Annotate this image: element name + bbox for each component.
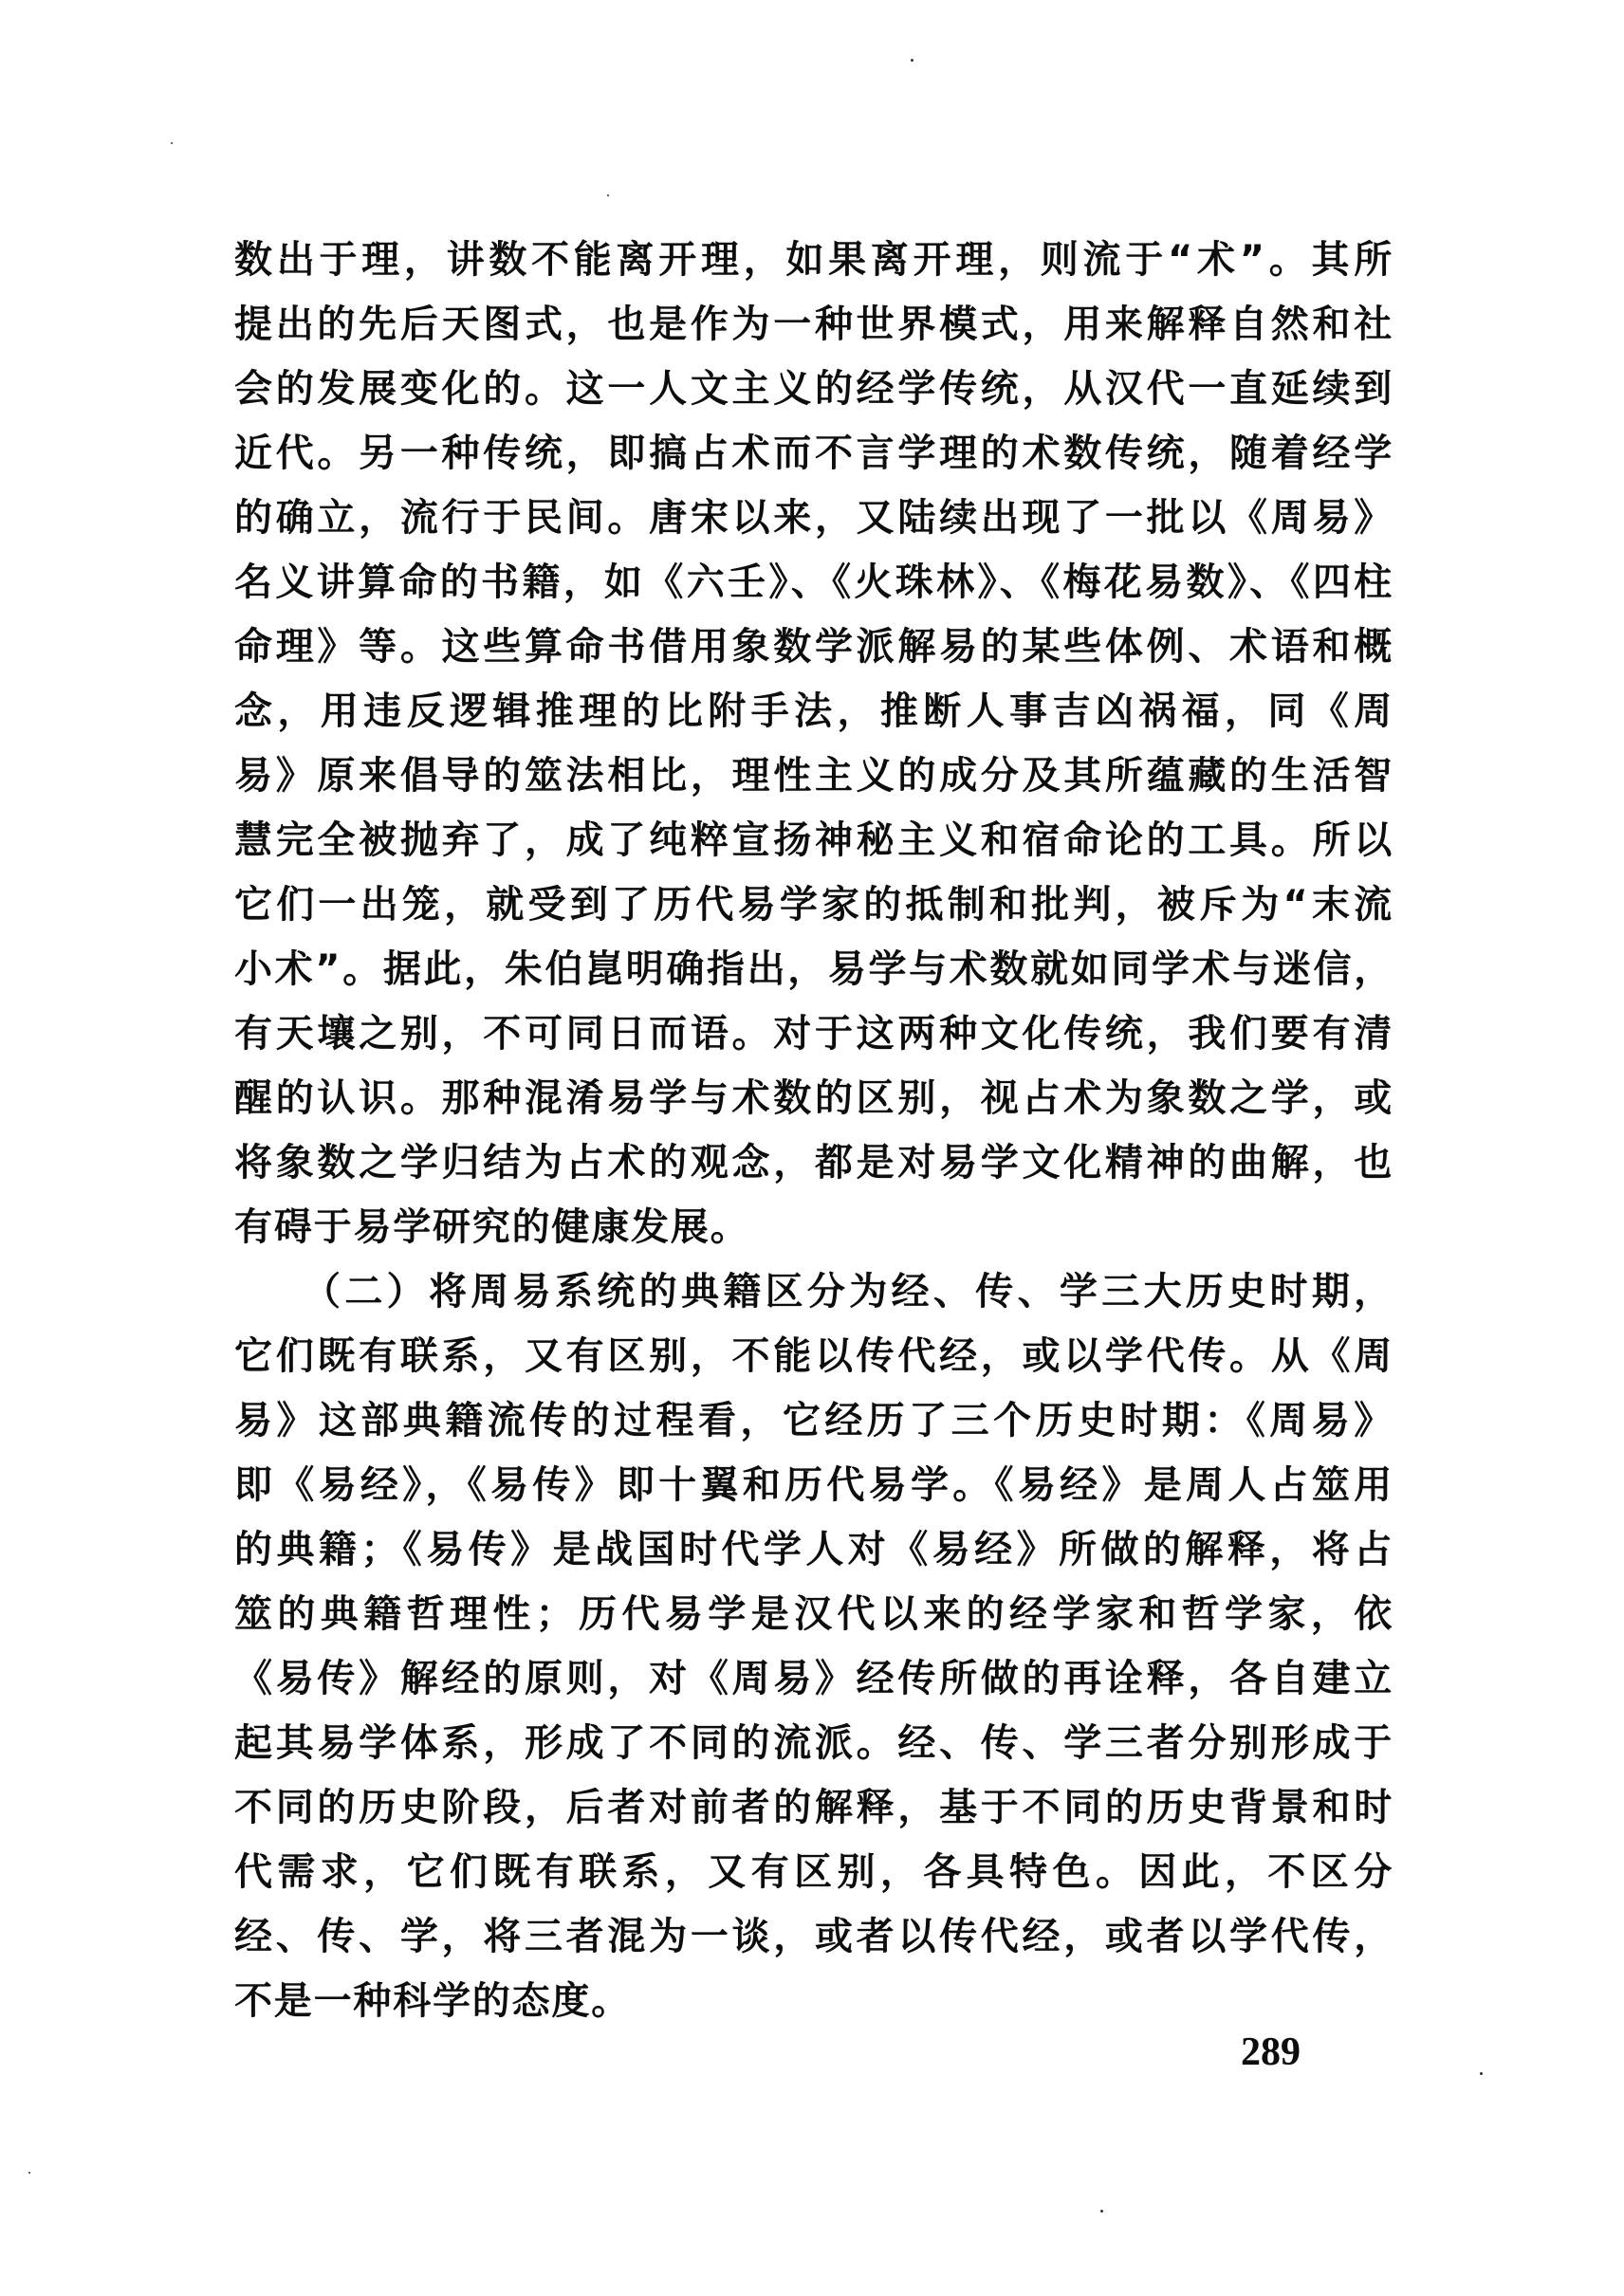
text-line: （二）将周易系统的典籍区分为经、传、学三大历史时期， [234, 1259, 1393, 1324]
text-line: 念，用违反逻辑推理的比附手法，推断人事吉凶祸福，同《周 [234, 679, 1393, 744]
text-line: 筮的典籍哲理性；历代易学是汉代以来的经学家和哲学家，依 [234, 1582, 1393, 1646]
text-line: 有碍于易学研究的健康发展。 [234, 1195, 1393, 1259]
text-line: 提出的先后天图式，也是作为一种世界模式，用来解释自然和社 [234, 292, 1393, 357]
book-page: 数出于理，讲数不能离开理，如果离开理，则流于“术”。其所 提出的先后天图式，也是… [0, 0, 1624, 2296]
scan-speck [607, 194, 609, 196]
paragraph-2: （二）将周易系统的典籍区分为经、传、学三大历史时期， 它们既有联系，又有区别，不… [234, 1259, 1393, 2033]
paragraph-1: 数出于理，讲数不能离开理，如果离开理，则流于“术”。其所 提出的先后天图式，也是… [234, 228, 1393, 1259]
body-text: 数出于理，讲数不能离开理，如果离开理，则流于“术”。其所 提出的先后天图式，也是… [234, 228, 1393, 2033]
text-line: 它们一出笼，就受到了历代易学家的抵制和批判，被斥为“末流 [234, 872, 1393, 937]
text-line: 经、传、学，将三者混为一谈，或者以传代经，或者以学代传， [234, 1904, 1393, 1969]
text-line: 不同的历史阶段，后者对前者的解释，基于不同的历史背景和时 [234, 1775, 1393, 1840]
text-line: 代需求，它们既有联系，又有区别，各具特色。因此，不区分 [234, 1840, 1393, 1904]
text-line: 慧完全被抛弃了，成了纯粹宣扬神秘主义和宿命论的工具。所以 [234, 808, 1393, 872]
text-line: 《易传》解经的原则，对《周易》经传所做的再诠释，各自建立 [234, 1646, 1393, 1711]
text-line: 的典籍；《易传》是战国时代学人对《易经》所做的解释，将占 [234, 1517, 1393, 1582]
scan-speck [911, 59, 913, 62]
text-line: 数出于理，讲数不能离开理，如果离开理，则流于“术”。其所 [234, 228, 1393, 292]
text-line: 易》这部典籍流传的过程看，它经历了三个历史时期：《周易》 [234, 1388, 1393, 1453]
text-line: 有天壤之别，不可同日而语。对于这两种文化传统，我们要有清 [234, 1001, 1393, 1066]
text-line: 易》原来倡导的筮法相比，理性主义的成分及其所蕴藏的生活智 [234, 744, 1393, 808]
text-line: 近代。另一种传统，即搞占术而不言学理的术数传统，随着经学 [234, 421, 1393, 486]
text-line: 不是一种科学的态度。 [234, 1969, 1393, 2033]
scan-speck [1480, 2072, 1483, 2075]
text-line: 起其易学体系，形成了不同的流派。经、传、学三者分别形成于 [234, 1711, 1393, 1775]
text-line: 将象数之学归结为占术的观念，都是对易学文化精神的曲解，也 [234, 1130, 1393, 1195]
scan-speck [1100, 2210, 1103, 2213]
scan-speck [171, 142, 173, 144]
text-line: 它们既有联系，又有区别，不能以传代经，或以学代传。从《周 [234, 1324, 1393, 1388]
text-line: 名义讲算命的书籍，如《六壬》、《火珠林》、《梅花易数》、《四柱 [234, 550, 1393, 615]
text-line: 醒的认识。那种混淆易学与术数的区别，视占术为象数之学，或 [234, 1066, 1393, 1130]
page-number: 289 [1241, 2030, 1301, 2075]
text-line: 的确立，流行于民间。唐宋以来，又陆续出现了一批以《周易》 [234, 486, 1393, 550]
text-line: 会的发展变化的。这一人文主义的经学传统，从汉代一直延续到 [234, 357, 1393, 421]
text-line: 小术”。据此，朱伯崑明确指出，易学与术数就如同学术与迷信， [234, 937, 1393, 1001]
text-line: 命理》等。这些算命书借用象数学派解易的某些体例、术语和概 [234, 615, 1393, 679]
scan-speck [28, 2172, 30, 2174]
text-line: 即《易经》，《易传》即十翼和历代易学。《易经》是周人占筮用 [234, 1453, 1393, 1517]
